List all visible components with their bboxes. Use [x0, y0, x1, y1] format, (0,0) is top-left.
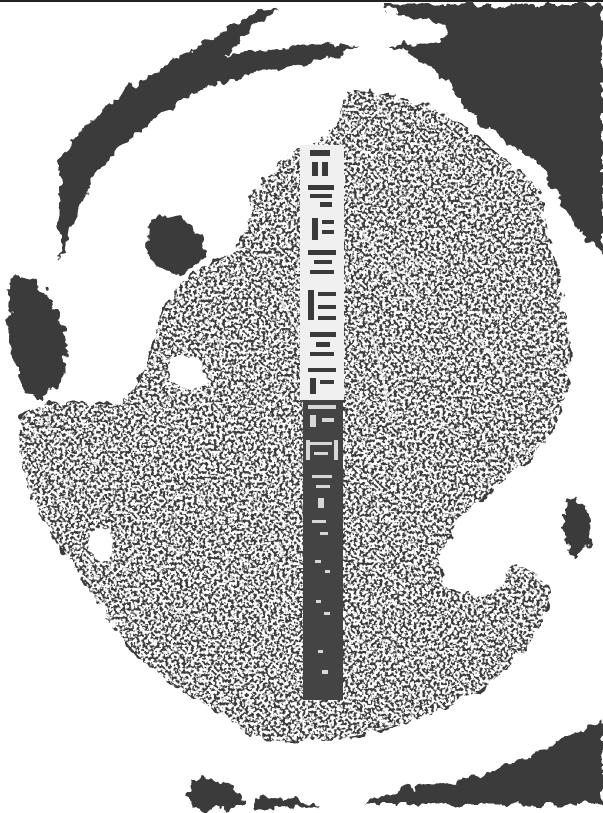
inscription-strip: [300, 145, 344, 700]
rubbing-photo: [0, 0, 603, 813]
rubbing-illustration: [0, 0, 603, 813]
